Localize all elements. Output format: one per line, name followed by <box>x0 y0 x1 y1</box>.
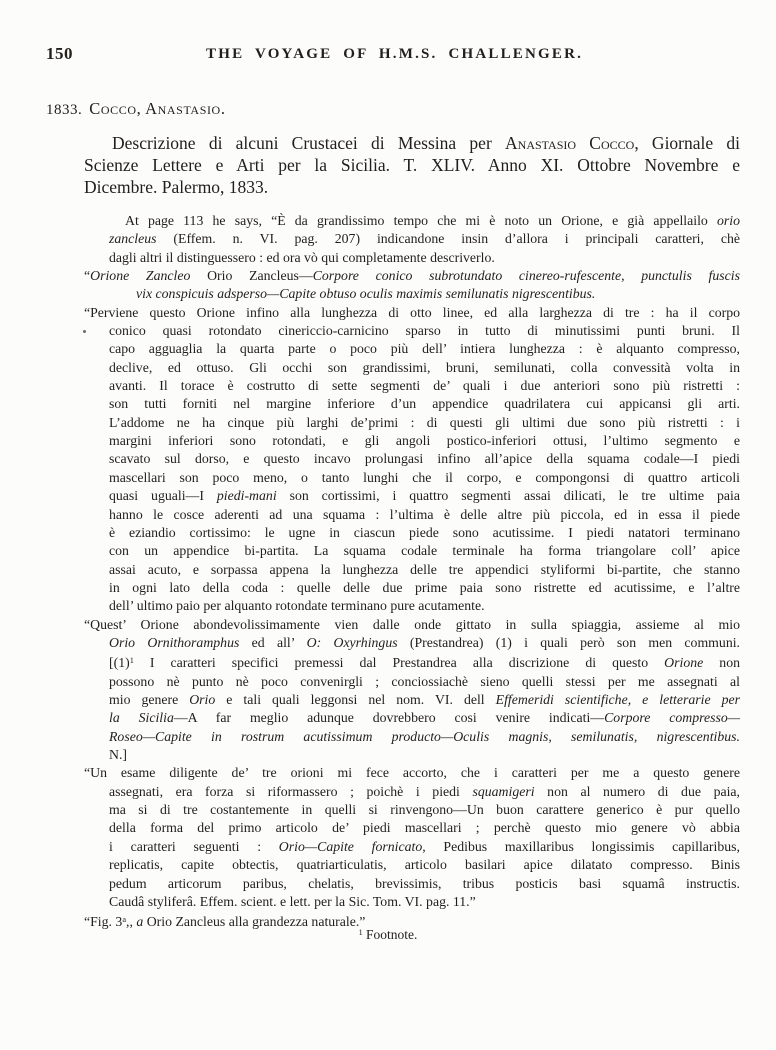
quote-line: [(1)1 I caratteri specifici premessi dal… <box>84 652 740 672</box>
quote-line: son tutti forniti nel margine inferiore … <box>84 395 740 413</box>
styled-text: Orione Zancleo <box>90 268 190 283</box>
quote-line: Roseo—Capite in rostrum acutissimum prod… <box>84 728 740 746</box>
quote-line: “Quest’ Orione abondevolissimamente vien… <box>84 616 740 634</box>
quote-line: replicatis, capite obtectis, quatriartic… <box>84 856 740 874</box>
quote-line: possono nè punto nè poco convenirgli ; c… <box>84 673 740 691</box>
styled-text: 1 <box>130 656 134 665</box>
styled-text: squamigeri <box>472 784 534 799</box>
quote-paragraph: At page 113 he says, “È da grandissimo t… <box>84 212 740 267</box>
citation-line: Descrizione di alcuni Crustacei di Messi… <box>84 133 740 155</box>
styled-text: a <box>122 915 126 924</box>
entry-author: Cocco, Anastasio. <box>89 99 225 118</box>
styled-text: la Sicilia <box>109 710 174 725</box>
quote-line: in ogni lato della coda : quelle delle d… <box>84 579 740 597</box>
quote-line: vix conspicuis adsperso—Capite obtuso oc… <box>84 285 740 303</box>
quote-line: assegnati, era forza si riformassero ; p… <box>84 783 740 801</box>
styled-text: Corpore compresso— <box>604 710 740 725</box>
quote-line: della forma del primo articolo de’ piedi… <box>84 819 740 837</box>
quote-line: conico quasi rotondato cinericcio-carnic… <box>84 322 740 340</box>
page-number: 150 <box>46 44 73 64</box>
quote-line: hanno le cosce aderenti ad una squama : … <box>84 506 740 524</box>
quote-line: Orio Ornithoramphus ed all’ O: Oxyrhingu… <box>84 634 740 652</box>
quote-line: dagli altri il distinguessero : ed ora v… <box>84 249 740 267</box>
quote-line: Caudâ styliferâ. Effem. scient. e lett. … <box>84 893 740 911</box>
styled-text: Orio—Capite fornicato <box>279 839 422 854</box>
quote-line: ma si di tre costantemente in quelli si … <box>84 801 740 819</box>
quote-blocks: At page 113 he says, “È da grandissimo t… <box>84 212 740 932</box>
quote-line: la Sicilia—A far meglio adunque dovrebbe… <box>84 709 740 727</box>
quote-line: avanti. Il torace è costrutto di sette s… <box>84 377 740 395</box>
styled-text: orio <box>717 213 740 228</box>
quote-paragraph: “Quest’ Orione abondevolissimamente vien… <box>84 616 740 765</box>
quote-line: margini inferiori sono rotondati, e gli … <box>84 432 740 450</box>
quote-line: con un appendice bi-partita. La squama c… <box>84 542 740 560</box>
quote-line: quasi uguali—I piedi-mani son cortissimi… <box>84 487 740 505</box>
quote-line: i caratteri seguenti : Orio—Capite forni… <box>84 838 740 856</box>
quote-line: declive, ed ottuso. Gli occhi son grandi… <box>84 359 740 377</box>
styled-text: zancleus <box>109 231 157 246</box>
styled-text: Corpore conico subrotundato cinereo-rufe… <box>313 268 740 283</box>
styled-text: Orio <box>189 692 215 707</box>
styled-text: Roseo—Capite in rostrum acutissimum prod… <box>109 729 740 744</box>
quote-line: “Un esame diligente de’ tre orioni mi fe… <box>84 764 740 782</box>
quote-line: “Perviene questo Orione infino alla lung… <box>84 304 740 322</box>
citation-line: Scienze Lettere e Arti per la Sicilia. T… <box>84 155 740 177</box>
styled-text: piedi-mani <box>217 488 277 503</box>
styled-text: 1 <box>359 928 363 937</box>
quote-line: capo agguaglia la quarta parte o poco pi… <box>84 340 740 358</box>
book-page: 150 THE VOYAGE OF H.M.S. CHALLENGER. 183… <box>0 0 776 1050</box>
quote-line: mascellari son poco meno, o tanto lunghi… <box>84 469 740 487</box>
citation-line: Dicembre. Palermo, 1833. <box>84 177 740 199</box>
quote-line: At page 113 he says, “È da grandissimo t… <box>84 212 740 230</box>
quote-line: dell’ ultimo paio per alquanto rotondate… <box>84 597 740 615</box>
quote-line: è eziandio cortissimo: le ugne in ciascu… <box>84 524 740 542</box>
styled-text: vix conspicuis adsperso—Capite obtuso oc… <box>136 286 595 301</box>
quote-line: pedum articorum paribus, chelatis, brevi… <box>84 875 740 893</box>
styled-text: Orio Ornithoramphus <box>109 635 239 650</box>
quote-line: “Orione Zancleo Orio Zancleus—Corpore co… <box>84 267 740 285</box>
styled-text: Orione <box>664 655 703 670</box>
styled-text: Anastasio Cocco <box>505 133 634 153</box>
quote-paragraph: “Un esame diligente de’ tre orioni mi fe… <box>84 764 740 911</box>
quote-line: N.] <box>84 746 740 764</box>
styled-text: Effemeridi scientifiche, e letterarie pe… <box>496 692 740 707</box>
entry-year: 1833. <box>46 102 82 118</box>
quote-line: L’addome ne ha cinque più larghi de’prim… <box>84 414 740 432</box>
quote-paragraph: “Orione Zancleo Orio Zancleus—Corpore co… <box>84 267 740 304</box>
quote-line: scavato sul dorso, e questo incavo prolu… <box>84 450 740 468</box>
quote-line: assai acuto, e sorpassa appena la lunghe… <box>84 561 740 579</box>
quote-line: zancleus (Effem. n. VI. pag. 207) indica… <box>84 230 740 248</box>
citation-paragraph: Descrizione di alcuni Crustacei di Messi… <box>84 133 740 198</box>
quote-line: mio genere Orio e tali quali leggonsi ne… <box>84 691 740 709</box>
entry-heading: 1833.Cocco, Anastasio. <box>46 99 226 119</box>
running-title: THE VOYAGE OF H.M.S. CHALLENGER. <box>206 46 583 63</box>
quote-paragraph: “Perviene questo Orione infino alla lung… <box>84 304 740 616</box>
footnote: 1 Footnote. <box>0 927 776 943</box>
styled-text: O: Oxyrhingus <box>307 635 398 650</box>
